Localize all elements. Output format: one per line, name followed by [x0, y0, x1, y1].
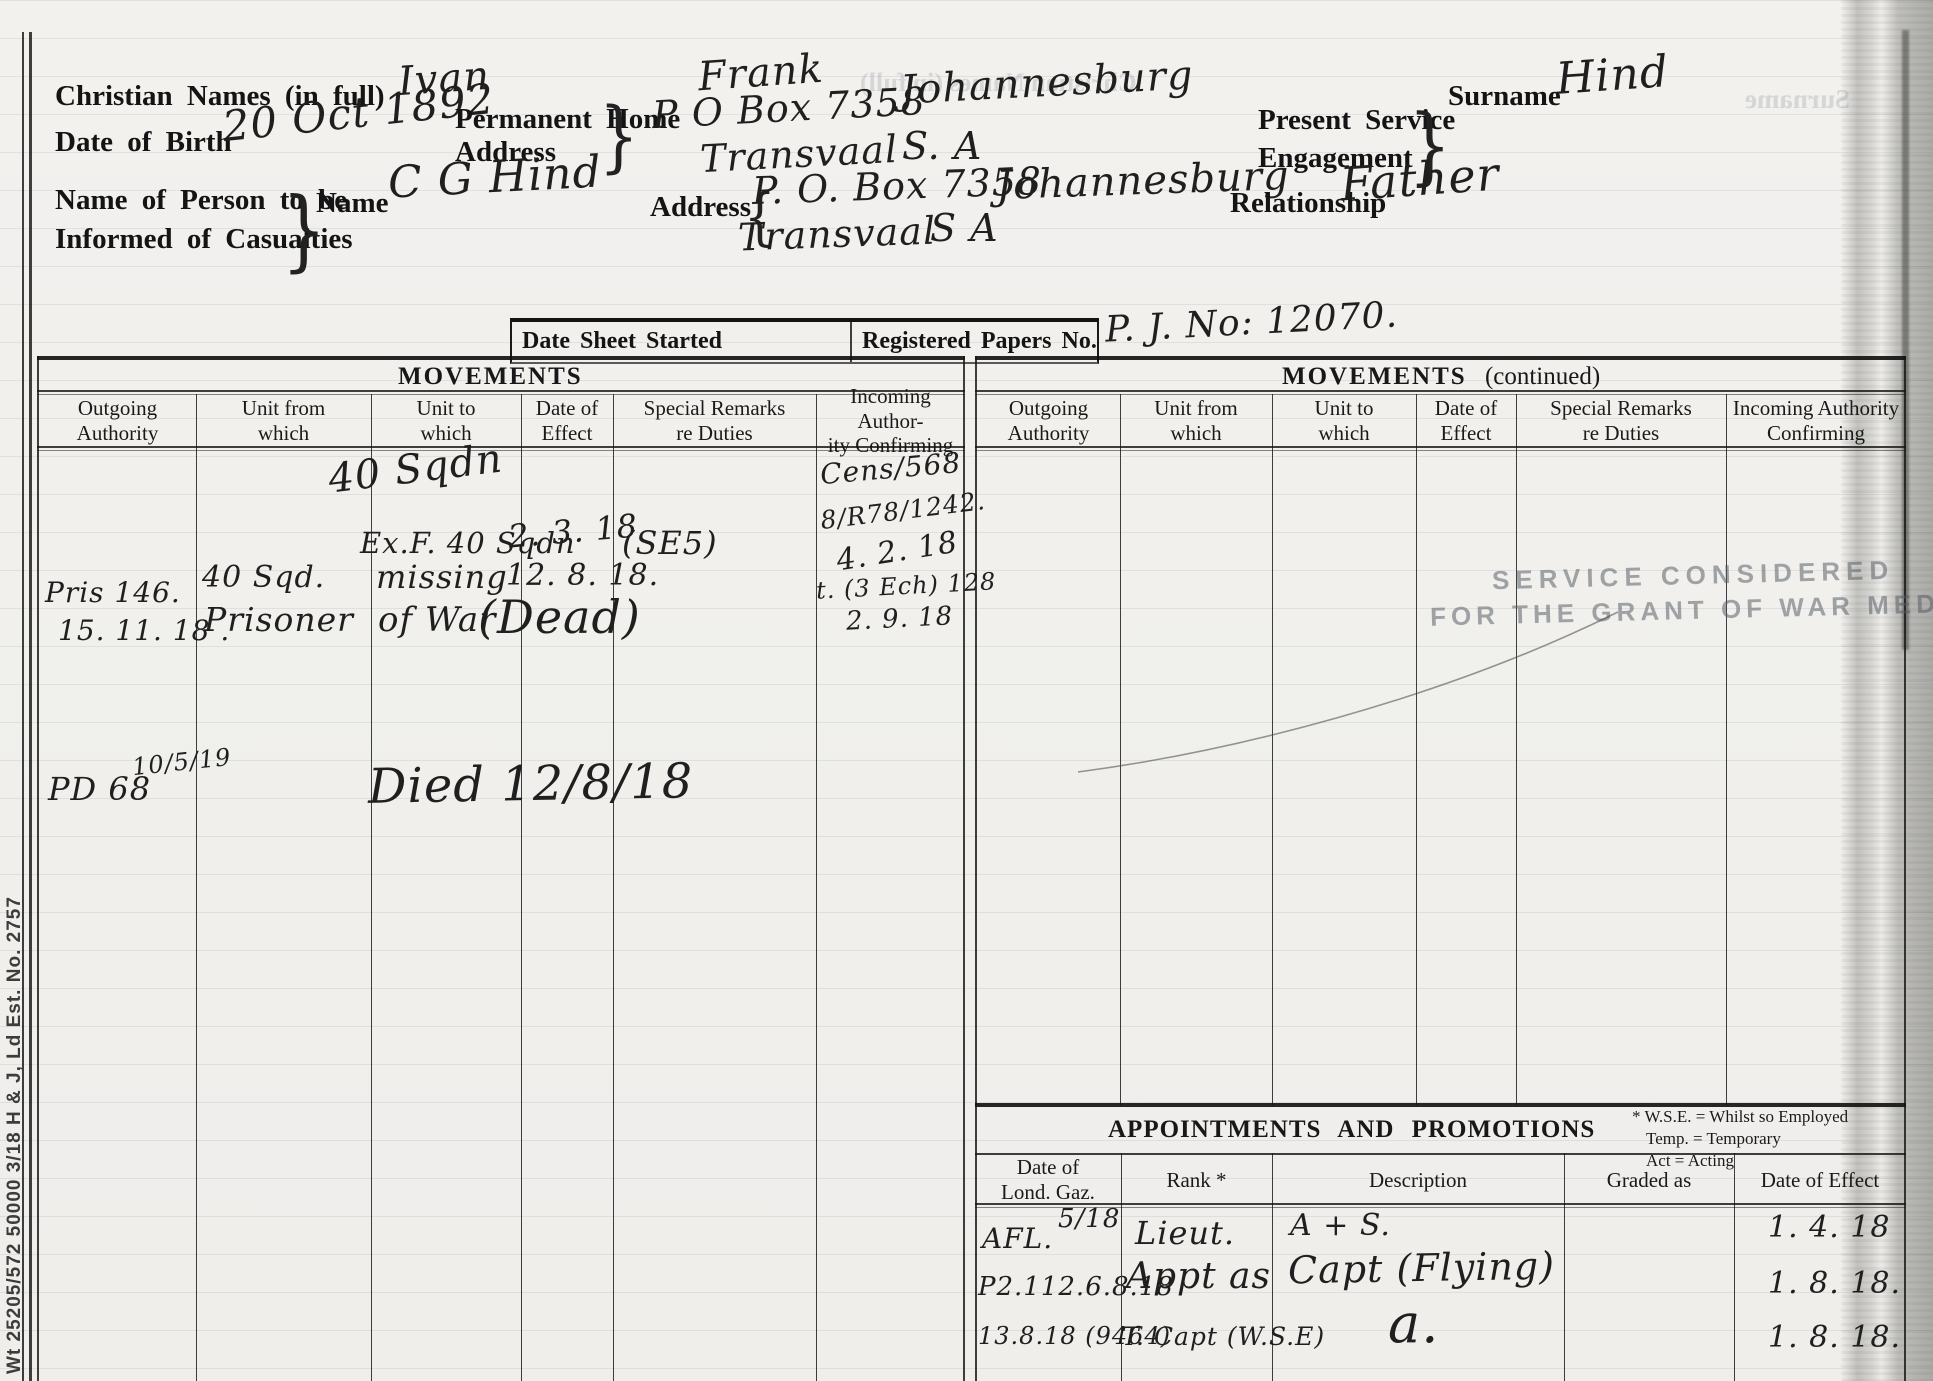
- col-description: Description: [1272, 1157, 1564, 1203]
- appointments-title: APPOINTMENTS AND PROMOTIONS: [1108, 1116, 1595, 1144]
- col-rank: Rank *: [1121, 1157, 1272, 1203]
- appt-row1-effect: 1. 4. 18: [1768, 1210, 1891, 1245]
- col-graded-as: Graded as: [1564, 1157, 1734, 1203]
- appt-row1-rank: Lieut.: [1135, 1214, 1235, 1252]
- appt-row3-desc: a.: [1388, 1292, 1439, 1355]
- appt-row2-desc: Capt (Flying): [1288, 1244, 1556, 1293]
- appointments-colline-4: [1734, 1153, 1735, 1381]
- col-line: Description: [1369, 1168, 1467, 1193]
- appt-row2-rank: Appt as: [1126, 1256, 1271, 1297]
- col-line: Lond. Gaz.: [1001, 1180, 1095, 1205]
- appt-row3-rank: T. Capt (W.S.E): [1122, 1322, 1325, 1351]
- note-temp: Temp. = Temporary: [1646, 1128, 1848, 1150]
- appt-row1-desc: A + S.: [1290, 1208, 1391, 1243]
- col-line: Date of Effect: [1761, 1168, 1880, 1193]
- appointments-colline-3: [1564, 1153, 1565, 1381]
- appt-row1-gaz-sup: 5/18: [1058, 1204, 1120, 1234]
- appt-row1-gaz: AFL.: [982, 1222, 1053, 1255]
- col-date-of-effect: Date of Effect: [1734, 1157, 1906, 1203]
- col-line: Date of: [1017, 1155, 1079, 1180]
- note-wse: * W.S.E. = Whilst so Employed: [1632, 1106, 1848, 1128]
- service-record-page: Wt 25205/572 50000 3/18 H & J, Ld Est. N…: [0, 0, 1933, 1381]
- col-line: Rank *: [1166, 1168, 1226, 1193]
- appt-row2-effect: 1. 8. 18.: [1768, 1266, 1901, 1301]
- appointments-header-topline: [975, 1153, 1906, 1155]
- appointments-border-l: [975, 1105, 977, 1381]
- col-line: Graded as: [1607, 1168, 1692, 1193]
- appt-row3-effect: 1. 8. 18.: [1768, 1320, 1901, 1355]
- col-date-lond-gaz: Date of Lond. Gaz.: [977, 1157, 1119, 1203]
